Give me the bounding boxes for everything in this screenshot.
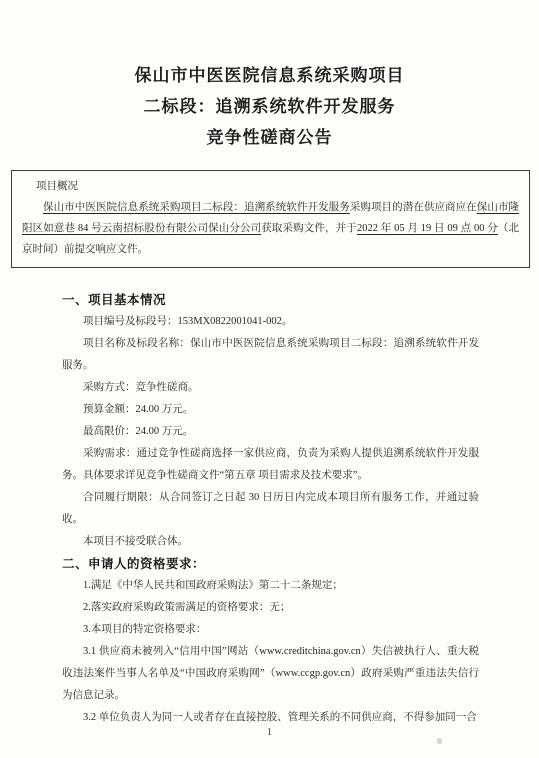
document-page: 保山市中医医院信息系统采购项目 二标段：追溯系统软件开发服务 竞争性磋商公告 项…: [0, 0, 539, 758]
paragraph-project-number: 项目编号及标段号：153MX0822001041-002。: [62, 311, 479, 333]
overview-label: 项目概况: [22, 176, 519, 197]
underlined-text-run: 保山市中医医院信息系统采购项目二标段：追溯系统软件开发服务: [43, 202, 350, 213]
paragraph-no-consortium: 本项目不接受联合体。: [62, 531, 479, 553]
document-title: 保山市中医医院信息系统采购项目 二标段：追溯系统软件开发服务 竞争性磋商公告: [0, 60, 539, 153]
paragraph-procurement-method: 采购方式：竞争性磋商。: [62, 377, 479, 399]
paragraph-contract-period: 合同履行期限：从合同签订之日起 30 日历日内完成本项目所有服务工作，并通过验收…: [62, 487, 479, 531]
title-line-3: 竞争性磋商公告: [0, 122, 539, 153]
paragraph-project-name: 项目名称及标段名称：保山市中医医院信息系统采购项目二标段：追溯系统软件开发服务。: [62, 333, 479, 377]
paragraph-qualification-3: 3.本项目的特定资格要求：: [62, 619, 479, 641]
paragraph-procurement-demand: 采购需求：通过竞争性磋商选择一家供应商，负责为采购人提供追溯系统软件开发服务。具…: [62, 443, 479, 487]
title-line-2: 二标段：追溯系统软件开发服务: [0, 91, 539, 122]
section-heading-qualifications: 二、申请人的资格要求：: [62, 553, 479, 575]
paragraph-max-price: 最高限价：24.00 万元。: [62, 421, 479, 443]
paragraph-budget-amount: 预算金额：24.00 万元。: [62, 399, 479, 421]
scan-artifact: [437, 738, 442, 744]
paragraph-qualification-1: 1.满足《中华人民共和国政府采购法》第二十二条规定；: [62, 575, 479, 597]
project-overview-box: 项目概况 保山市中医医院信息系统采购项目二标段：追溯系统软件开发服务采购项目的潜…: [11, 170, 530, 268]
paragraph-qualification-2: 2.落实政府采购政策需满足的资格要求：无；: [62, 597, 479, 619]
document-body: 一、项目基本情况 项目编号及标段号：153MX0822001041-002。 项…: [62, 289, 479, 729]
text-run: 采购项目的潜在供应商应在: [350, 202, 477, 213]
underlined-text-run: 2022 年 05 月 19 日 09 点 00 分: [357, 223, 498, 234]
title-line-1: 保山市中医医院信息系统采购项目: [0, 60, 539, 91]
page-number: 1: [0, 727, 539, 738]
paragraph-qualification-3-1: 3.1 供应商未被列入“信用中国”网站（www.creditchina.gov.…: [62, 641, 479, 707]
paragraph-qualification-3-2: 3.2 单位负责人为同一人或者存在直接控股、管理关系的不同供应商，不得参加同一合: [62, 707, 479, 729]
overview-paragraph: 保山市中医医院信息系统采购项目二标段：追溯系统软件开发服务采购项目的潜在供应商应…: [22, 197, 519, 260]
text-run: 获取采购文件，并于: [261, 223, 357, 234]
section-heading-basic-info: 一、项目基本情况: [62, 289, 479, 311]
